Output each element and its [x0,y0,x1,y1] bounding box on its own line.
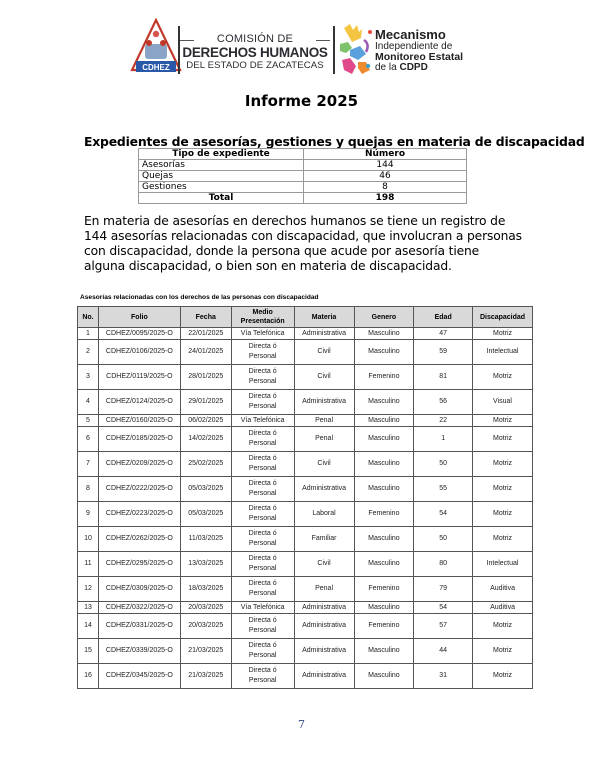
cell-edad: 81 [414,365,473,390]
cell-medio: Directa ó Personal [231,340,294,365]
summary-header-tipo: Tipo de expediente [139,149,304,160]
table-row: 1CDHEZ/0095/2025-O22/01/2025Vía Telefóni… [78,328,533,340]
cell-no: 15 [78,639,99,664]
cell-medio: Directa ó Personal [231,390,294,415]
cell-materia: Civil [294,340,354,365]
header-fecha: Fecha [180,307,231,328]
cell-discapacidad: Motriz [473,614,533,639]
cell-genero: Masculino [354,602,414,614]
cell-edad: 54 [414,602,473,614]
header-divider [333,26,335,74]
mechanism-name: Mecanismo Independiente de Monitoreo Est… [375,28,463,74]
summary-table: Tipo de expediente Número Asesorías144Qu… [138,148,467,204]
cell-genero: Masculino [354,415,414,427]
cell-genero: Femenino [354,577,414,602]
cell-no: 11 [78,552,99,577]
table-row: 6CDHEZ/0185/2025-O14/02/2025Directa ó Pe… [78,427,533,452]
cell-fecha: 05/03/2025 [180,502,231,527]
cell-genero: Masculino [354,340,414,365]
header-genero: Genero [354,307,414,328]
cell-folio: CDHEZ/0331/2025-O [98,614,180,639]
cell-materia: Civil [294,552,354,577]
cell-materia: Administrativa [294,602,354,614]
cell-genero: Femenino [354,365,414,390]
cell-medio: Directa ó Personal [231,365,294,390]
table-row: 12CDHEZ/0309/2025-O18/03/2025Directa ó P… [78,577,533,602]
cell-folio: CDHEZ/0119/2025-O [98,365,180,390]
cell-folio: CDHEZ/0322/2025-O [98,602,180,614]
summary-tipo: Quejas [139,171,304,182]
cell-materia: Civil [294,452,354,477]
cell-edad: 47 [414,328,473,340]
cell-medio: Vía Telefónica [231,328,294,340]
cell-fecha: 29/01/2025 [180,390,231,415]
cell-folio: CDHEZ/0222/2025-O [98,477,180,502]
header-discapacidad: Discapacidad [473,307,533,328]
cell-no: 6 [78,427,99,452]
table-row: 4CDHEZ/0124/2025-O29/01/2025Directa ó Pe… [78,390,533,415]
table-caption: Asesorías relacionadas con los derechos … [80,294,319,301]
summary-row: Quejas46 [139,171,467,182]
cell-no: 16 [78,664,99,689]
cell-genero: Masculino [354,527,414,552]
summary-numero: 144 [304,160,467,171]
cell-edad: 59 [414,340,473,365]
cell-no: 8 [78,477,99,502]
cdhez-logo-icon: CDHEZ [130,18,182,76]
cell-materia: Administrativa [294,390,354,415]
cell-medio: Directa ó Personal [231,552,294,577]
cell-materia: Administrativa [294,639,354,664]
cell-materia: Laboral [294,502,354,527]
cell-genero: Femenino [354,614,414,639]
cell-edad: 55 [414,477,473,502]
cell-discapacidad: Motriz [473,527,533,552]
cell-fecha: 20/03/2025 [180,602,231,614]
cell-medio: Directa ó Personal [231,452,294,477]
table-row: 7CDHEZ/0209/2025-O25/02/2025Directa ó Pe… [78,452,533,477]
cell-no: 14 [78,614,99,639]
summary-total-label: Total [139,193,304,204]
page-number: 7 [0,718,603,731]
table-row: 10CDHEZ/0262/2025-O11/03/2025Directa ó P… [78,527,533,552]
table-row: 13CDHEZ/0322/2025-O20/03/2025Vía Telefón… [78,602,533,614]
cell-discapacidad: Intelectual [473,552,533,577]
summary-total-value: 198 [304,193,467,204]
cell-folio: CDHEZ/0345/2025-O [98,664,180,689]
cell-materia: Administrativa [294,328,354,340]
cell-no: 13 [78,602,99,614]
org-line1: COMISIÓN DE [180,34,330,45]
cell-discapacidad: Motriz [473,664,533,689]
cell-materia: Administrativa [294,477,354,502]
header-edad: Edad [414,307,473,328]
cell-fecha: 18/03/2025 [180,577,231,602]
table-row: 5CDHEZ/0160/2025-O06/02/2025Vía Telefóni… [78,415,533,427]
cell-genero: Femenino [354,502,414,527]
summary-total-row: Total 198 [139,193,467,204]
cell-discapacidad: Motriz [473,477,533,502]
cell-genero: Masculino [354,427,414,452]
mechanism-line4: de la CDPD [375,63,463,74]
cell-folio: CDHEZ/0209/2025-O [98,452,180,477]
cell-no: 9 [78,502,99,527]
table-row: 8CDHEZ/0222/2025-O05/03/2025Directa ó Pe… [78,477,533,502]
table-row: 2CDHEZ/0106/2025-O24/01/2025Directa ó Pe… [78,340,533,365]
cell-medio: Directa ó Personal [231,502,294,527]
cell-folio: CDHEZ/0339/2025-O [98,639,180,664]
cell-folio: CDHEZ/0160/2025-O [98,415,180,427]
cell-genero: Masculino [354,390,414,415]
summary-numero: 8 [304,182,467,193]
table-row: 9CDHEZ/0223/2025-O05/03/2025Directa ó Pe… [78,502,533,527]
cell-genero: Masculino [354,477,414,502]
cell-edad: 44 [414,639,473,664]
cell-discapacidad: Motriz [473,427,533,452]
cell-no: 4 [78,390,99,415]
cell-fecha: 28/01/2025 [180,365,231,390]
cell-medio: Directa ó Personal [231,527,294,552]
cell-no: 10 [78,527,99,552]
cell-edad: 80 [414,552,473,577]
report-title: Informe 2025 [0,92,603,110]
cell-materia: Penal [294,427,354,452]
cell-materia: Penal [294,577,354,602]
summary-section-title: Expedientes de asesorías, gestiones y qu… [84,134,534,149]
summary-header-row: Tipo de expediente Número [139,149,467,160]
page-header: CDHEZ COMISIÓN DE DERECHOS HUMANOS DEL E… [125,18,485,80]
cell-no: 3 [78,365,99,390]
cell-folio: CDHEZ/0309/2025-O [98,577,180,602]
header-medio: Medio Presentación [231,307,294,328]
cell-no: 2 [78,340,99,365]
cell-edad: 1 [414,427,473,452]
body-paragraph: En materia de asesorías en derechos huma… [84,214,522,274]
header-divider [178,26,180,74]
cell-medio: Vía Telefónica [231,602,294,614]
cell-fecha: 11/03/2025 [180,527,231,552]
cell-materia: Familiar [294,527,354,552]
cell-medio: Directa ó Personal [231,577,294,602]
table-row: 11CDHEZ/0295/2025-O13/03/2025Directa ó P… [78,552,533,577]
cell-fecha: 24/01/2025 [180,340,231,365]
cell-discapacidad: Motriz [473,328,533,340]
table-header-row: No. Folio Fecha Medio Presentación Mater… [78,307,533,328]
cell-folio: CDHEZ/0295/2025-O [98,552,180,577]
cell-materia: Administrativa [294,614,354,639]
cell-materia: Penal [294,415,354,427]
cell-edad: 50 [414,527,473,552]
cell-no: 1 [78,328,99,340]
cell-genero: Masculino [354,639,414,664]
summary-header-numero: Número [304,149,467,160]
cell-no: 5 [78,415,99,427]
cell-fecha: 06/02/2025 [180,415,231,427]
cell-medio: Directa ó Personal [231,477,294,502]
cell-medio: Vía Telefónica [231,415,294,427]
colorful-hands-logo-icon [338,22,378,78]
cell-fecha: 21/03/2025 [180,639,231,664]
cell-discapacidad: Visual [473,390,533,415]
table-row: 16CDHEZ/0345/2025-O21/03/2025Directa ó P… [78,664,533,689]
cell-no: 12 [78,577,99,602]
cell-discapacidad: Intelectual [473,340,533,365]
cell-folio: CDHEZ/0185/2025-O [98,427,180,452]
cell-genero: Masculino [354,552,414,577]
header-no: No. [78,307,99,328]
cell-edad: 57 [414,614,473,639]
cell-materia: Civil [294,365,354,390]
table-row: 15CDHEZ/0339/2025-O21/03/2025Directa ó P… [78,639,533,664]
table-row: 14CDHEZ/0331/2025-O20/03/2025Directa ó P… [78,614,533,639]
cell-fecha: 05/03/2025 [180,477,231,502]
cell-medio: Directa ó Personal [231,664,294,689]
cell-discapacidad: Auditiva [473,602,533,614]
cdhez-org-name: COMISIÓN DE DERECHOS HUMANOS DEL ESTADO … [180,34,330,70]
org-line2: DERECHOS HUMANOS [180,46,330,60]
cell-discapacidad: Motriz [473,639,533,664]
cell-folio: CDHEZ/0095/2025-O [98,328,180,340]
cell-edad: 54 [414,502,473,527]
cell-folio: CDHEZ/0124/2025-O [98,390,180,415]
cell-fecha: 20/03/2025 [180,614,231,639]
cell-discapacidad: Auditiva [473,577,533,602]
cell-no: 7 [78,452,99,477]
cell-discapacidad: Motriz [473,365,533,390]
header-materia: Materia [294,307,354,328]
cell-discapacidad: Motriz [473,502,533,527]
cell-fecha: 25/02/2025 [180,452,231,477]
summary-tipo: Gestiones [139,182,304,193]
cell-fecha: 14/02/2025 [180,427,231,452]
summary-row: Gestiones8 [139,182,467,193]
summary-row: Asesorías144 [139,160,467,171]
table-row: 3CDHEZ/0119/2025-O28/01/2025Directa ó Pe… [78,365,533,390]
cell-edad: 22 [414,415,473,427]
asesorias-table: No. Folio Fecha Medio Presentación Mater… [77,306,533,689]
cell-edad: 79 [414,577,473,602]
cell-genero: Masculino [354,664,414,689]
cell-medio: Directa ó Personal [231,427,294,452]
svg-text:CDHEZ: CDHEZ [142,63,170,72]
cell-edad: 56 [414,390,473,415]
cell-edad: 31 [414,664,473,689]
cell-fecha: 13/03/2025 [180,552,231,577]
cell-edad: 50 [414,452,473,477]
cell-folio: CDHEZ/0262/2025-O [98,527,180,552]
summary-numero: 46 [304,171,467,182]
cell-fecha: 21/03/2025 [180,664,231,689]
header-folio: Folio [98,307,180,328]
summary-tipo: Asesorías [139,160,304,171]
cell-fecha: 22/01/2025 [180,328,231,340]
cell-discapacidad: Motriz [473,415,533,427]
cell-medio: Directa ó Personal [231,639,294,664]
cell-folio: CDHEZ/0106/2025-O [98,340,180,365]
cell-genero: Masculino [354,452,414,477]
cell-medio: Directa ó Personal [231,614,294,639]
cell-materia: Administrativa [294,664,354,689]
cell-folio: CDHEZ/0223/2025-O [98,502,180,527]
org-line3: DEL ESTADO DE ZACATECAS [180,61,330,71]
mechanism-line1: Mecanismo [375,28,463,42]
cell-discapacidad: Motriz [473,452,533,477]
cell-genero: Masculino [354,328,414,340]
